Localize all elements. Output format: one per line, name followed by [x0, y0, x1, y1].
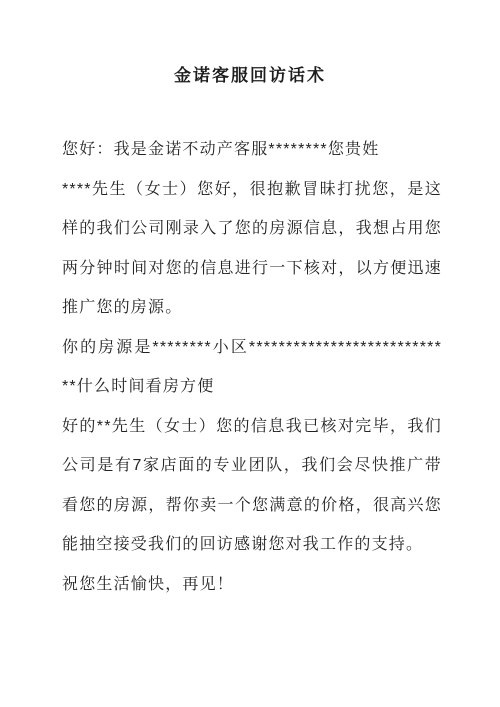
- document-body: 您好：我是金诺不动产客服********您贵姓 ****先生（女士）您好，很抱歉…: [0, 130, 500, 604]
- paragraph-greeting: 您好：我是金诺不动产客服********您贵姓: [62, 130, 442, 170]
- paragraph-listing-check: 你的房源是********小区*************************…: [62, 328, 442, 407]
- paragraph-farewell: 祝您生活愉快，再见！: [62, 565, 442, 605]
- paragraph-confirmation: 好的**先生（女士）您的信息我已核对完毕，我们公司是有7家店面的专业团队，我们会…: [62, 407, 442, 565]
- paragraph-intro: ****先生（女士）您好，很抱歉冒昧打扰您，是这样的我们公司刚录入了您的房源信息…: [62, 170, 442, 328]
- document-title: 金诺客服回访话术: [0, 0, 500, 88]
- document-page: 金诺客服回访话术 您好：我是金诺不动产客服********您贵姓 ****先生（…: [0, 0, 500, 707]
